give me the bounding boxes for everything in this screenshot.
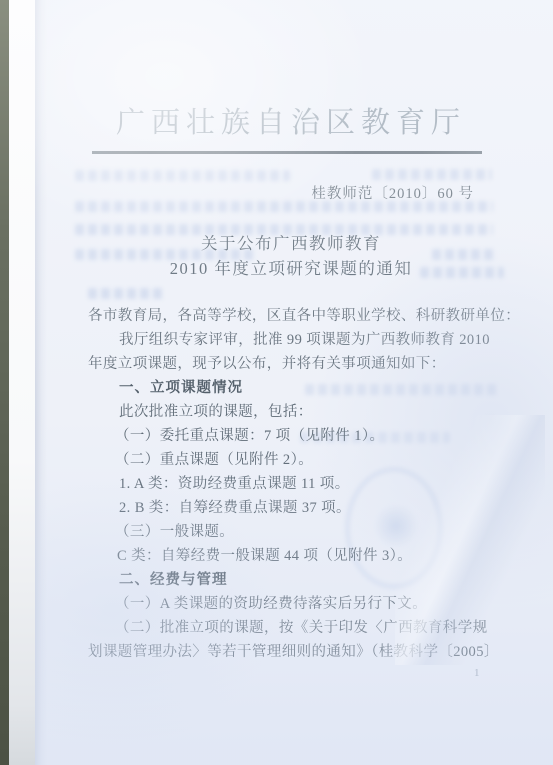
section-heading: 二、经费与管理 (88, 568, 494, 592)
issuing-authority-name: 广西壮族自治区教育厅 (88, 100, 494, 141)
section-heading: 一、立项课题情况 (88, 376, 494, 400)
bleed-through-text (75, 170, 290, 181)
body-line: 年度立项课题，现予以公布，并将有关事项通知如下： (88, 352, 494, 376)
document-number: 桂教师范〔2010〕60 号 (88, 182, 474, 203)
body-line: 此次批准立项的课题，包括： (88, 400, 494, 424)
body-line: （一）委托重点课题：7 项（见附件 1）。 (88, 424, 494, 448)
fold-shadow (35, 0, 47, 765)
body-line: （二）批准立项的课题，按《关于印发〈广西教育科学规 (88, 616, 494, 640)
page-number: 1 (474, 667, 480, 679)
body-line: （二）重点课题（见附件 2）。 (88, 448, 494, 472)
body-line: 我厅组织专家评审，批准 99 项课题为广西教师教育 2010 (88, 328, 494, 352)
body-line: 各市教育局，各高等学校，区直各中等职业学校、科研教研单位： (88, 304, 494, 328)
bleed-through-text (88, 288, 164, 299)
body-line: （一）A 类课题的资助经费待落实后另行下文。 (88, 592, 494, 616)
document-body: 各市教育局，各高等学校，区直各中等职业学校、科研教研单位： 我厅组织专家评审，批… (88, 304, 494, 664)
document-title-line-1: 关于公布广西教师教育 (88, 231, 494, 256)
bleed-through-text (372, 169, 492, 180)
scanned-document-page: 广西壮族自治区教育厅 桂教师范〔2010〕60 号 关于公布广西教师教育 201… (0, 0, 553, 765)
document-title: 关于公布广西教师教育 2010 年度立项研究课题的通知 (88, 231, 494, 281)
scanner-edge-strip (0, 0, 9, 765)
masthead-rule (92, 151, 482, 154)
body-line: 2. B 类：自筹经费重点课题 37 项。 (88, 496, 494, 520)
body-line: 1. A 类：资助经费重点课题 11 项。 (88, 472, 494, 496)
body-line: 划课题管理办法〉等若干管理细则的通知》（桂教科学〔2005〕 (88, 640, 494, 664)
paper-edge-strip (9, 0, 35, 765)
body-line: C 类：自筹经费一般课题 44 项（见附件 3）。 (88, 544, 494, 568)
document-title-line-2: 2010 年度立项研究课题的通知 (88, 256, 494, 281)
body-line: （三）一般课题。 (88, 520, 494, 544)
